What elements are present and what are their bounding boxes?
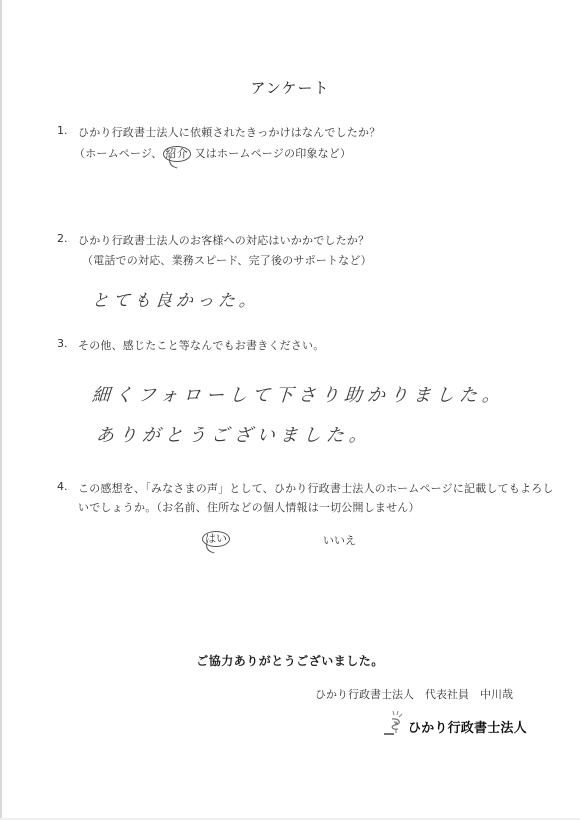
question-4-text-line-1: この感想を、「みなさまの声」として、ひかり行政書士法人のホームページに記載しても… [78, 480, 554, 496]
question-2-text: ひかり行政書士法人のお客様への対応はいかかでしたか？ [78, 232, 369, 248]
question-2-number: 2. [57, 232, 68, 245]
question-3-answer-line-2: ありがとうございました。 [95, 421, 373, 447]
question-1-text: ひかり行政書士法人に依頼されたきっかけはなんでしたか？ [78, 124, 380, 140]
signature: ひかり行政書士法人 代表社員 中川哉 [315, 686, 513, 702]
question-1-hint-prefix: （ホームページ、 [74, 147, 163, 160]
question-2-hint: （電話での対応、業務スピード、完了後のサポートなど） [82, 252, 372, 268]
question-2-answer: とても良かった。 [91, 286, 261, 311]
thanks-message: ご協力ありがとうございました。 [0, 652, 580, 669]
question-1-hint-suffix: 又はホームページの印象など） [195, 147, 352, 160]
question-1-hint: （ホームページ、紹介 又はホームページの印象など） [74, 145, 351, 161]
question-3-number: 3. [57, 337, 68, 350]
choice-yes[interactable]: はい [202, 532, 230, 545]
question-1-circled-answer: 紹介 [163, 146, 191, 162]
question-3-answer-line-1: 細くフォローして下さり助かりました。 [91, 381, 506, 407]
company-logo: ひかり行政書士法人 [384, 710, 527, 736]
choice-yes-circle: はい [202, 531, 230, 547]
logo-text: ひかり行政書士法人 [408, 717, 527, 736]
question-1-number: 1. [57, 124, 68, 137]
choice-no[interactable]: いいえ [323, 532, 356, 548]
question-3-text: その他、感じたこと等なんでもお書きください。 [78, 337, 324, 353]
question-4-number: 4. [57, 480, 68, 493]
question-4-text-line-2: いでしょうか。（お名前、住所などの個人情報は一切公開しません） [78, 499, 420, 515]
scan-edge [0, 0, 2, 820]
page-title: アンケート [0, 77, 580, 98]
light-bulb-swirl-icon [384, 710, 406, 736]
